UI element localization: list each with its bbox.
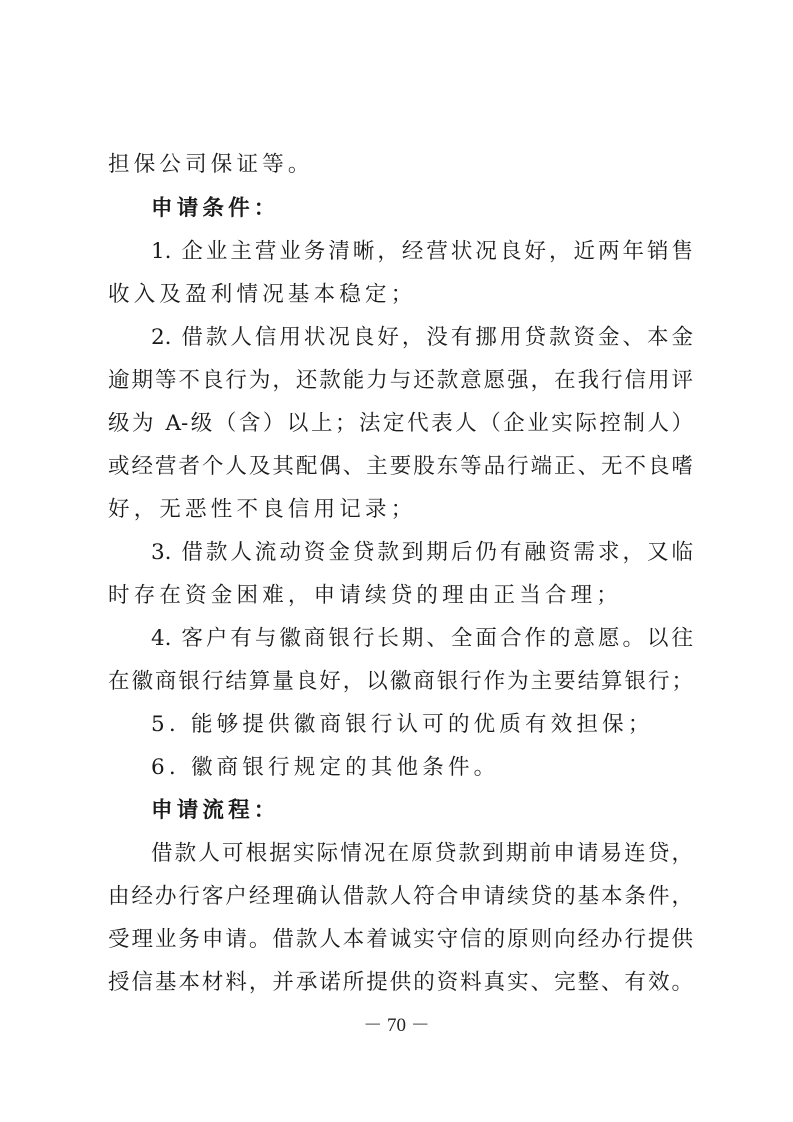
paragraph-line: 借款人可根据实际情况在原贷款到期前申请易连贷， bbox=[151, 839, 693, 869]
paragraph-line: 受理业务申请。借款人本着诚实守信的原则向经办行提供 bbox=[108, 925, 693, 955]
paragraph-line: 4. 客户有与徽商银行长期、全面合作的意愿。以往 bbox=[151, 624, 693, 654]
section-heading: 申请流程： bbox=[151, 796, 693, 826]
page-number: － 70 － bbox=[0, 1013, 793, 1039]
paragraph-line: 3. 借款人流动资金贷款到期后仍有融资需求，又临 bbox=[151, 538, 693, 568]
paragraph-line: 好，无恶性不良信用记录； bbox=[108, 495, 693, 525]
paragraph-line: 2. 借款人信用状况良好，没有挪用贷款资金、本金 bbox=[151, 323, 693, 353]
paragraph-line: 5. 能够提供徽商银行认可的优质有效担保； bbox=[151, 710, 693, 740]
paragraph-line: 担保公司保证等。 bbox=[108, 150, 693, 180]
paragraph-line: 逾期等不良行为，还款能力与还款意愿强，在我行信用评 bbox=[108, 366, 693, 396]
paragraph-line: 时存在资金困难，申请续贷的理由正当合理； bbox=[108, 581, 693, 611]
paragraph-line: 6. 徽商银行规定的其他条件。 bbox=[151, 753, 693, 783]
paragraph-line: 或经营者个人及其配偶、主要股东等品行端正、无不良嗜 bbox=[108, 452, 693, 482]
paragraph-line: 在徽商银行结算量良好，以徽商银行作为主要结算银行； bbox=[108, 667, 693, 697]
paragraph-line: 由经办行客户经理确认借款人符合申请续贷的基本条件， bbox=[108, 882, 693, 912]
paragraph-line: 授信基本材料，并承诺所提供的资料真实、完整、有效。 bbox=[108, 968, 693, 998]
paragraph-line: 收入及盈利情况基本稳定； bbox=[108, 280, 693, 310]
document-page: 担保公司保证等。申请条件：1. 企业主营业务清晰，经营状况良好，近两年销售收入及… bbox=[0, 0, 793, 1122]
paragraph-line: 1. 企业主营业务清晰，经营状况良好，近两年销售 bbox=[151, 237, 693, 267]
section-heading: 申请条件： bbox=[151, 194, 693, 224]
paragraph-line: 级为 A-级（含）以上；法定代表人（企业实际控制人） bbox=[108, 409, 693, 439]
